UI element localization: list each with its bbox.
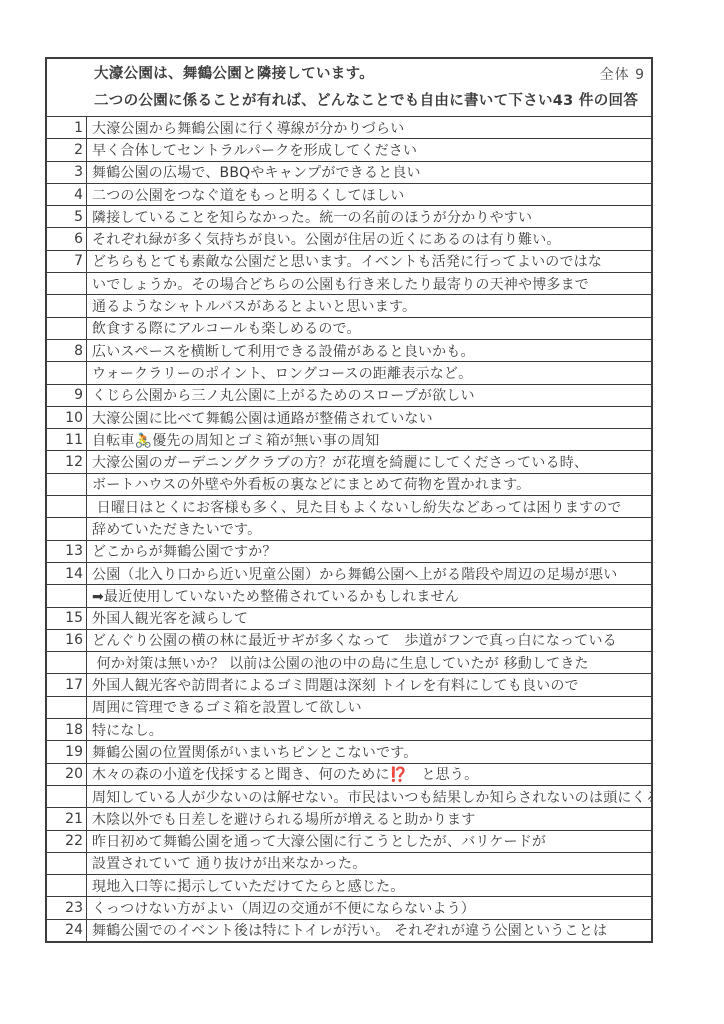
row-number: 8 (47, 340, 87, 361)
table-row: 18特になし。 (47, 718, 651, 740)
table-row: 17外国人観光客や訪問者によるゴミ問題は深刻 トイレを有料にしても良いので (47, 673, 651, 695)
response-text: 公園（北入り口から近い児童公園）から舞鶴公園へ上がる階段や周辺の足場が悪い (87, 564, 651, 584)
response-text: それぞれ緑が多く気持ちが良い。公園が住居の近くにあるのは有り難い。 (87, 229, 651, 249)
row-number: 12 (47, 451, 87, 472)
table-row: 1大濠公園から舞鶴公園に行く導線が分かりづらい (47, 116, 651, 138)
response-text: 昨日初めて舞鶴公園を通って大濠公園に行こうとしたが、バリケードが (87, 831, 651, 851)
table-row: 12大濠公園のガーデニングクラブの方？が花壇を綺麗にしてくださっている時、 (47, 450, 651, 472)
table-row: 19舞鶴公園の位置関係がいまいちピンとこないです。 (47, 740, 651, 762)
table-row: 辞めていただきたいです。 (47, 517, 651, 539)
table-row: 何か対策は無いか？ 以前は公園の池の中の島に生息していたが 移動してきた (47, 651, 651, 673)
response-text: 日曜日はとくにお客様も多く、見た目もよくないし紛失などあっては困りますので (87, 497, 651, 517)
row-number: 21 (47, 808, 87, 829)
table-row: 21木陰以外でも日差しを避けられる場所が増えると助かります (47, 807, 651, 829)
row-number (47, 585, 87, 606)
table-row: 周知している人が少ないのは解せない。市民はいつも結果しか知らされないのは頭にくる (47, 785, 651, 807)
row-number (47, 273, 87, 294)
response-text: 外国人観光客を減らして (87, 608, 651, 628)
table-row: 8広いスペースを横断して利用できる設備があると良いかも。 (47, 339, 651, 361)
row-number: 7 (47, 251, 87, 272)
table-header: 大濠公園は、舞鶴公園と隣接しています。 二つの公園に係ることが有れば、どんなこと… (47, 59, 651, 116)
row-number: 24 (47, 920, 87, 941)
row-number: 22 (47, 831, 87, 852)
table-row: 15外国人観光客を減らして (47, 607, 651, 629)
response-text: どちらもとても素敵な公園だと思います。イベントも活発に行ってよいのではな (87, 251, 651, 271)
row-number: 14 (47, 563, 87, 584)
row-number (47, 697, 87, 718)
response-text: くっつけない方がよい（周辺の交通が不便にならないよう） (87, 898, 651, 918)
table-row: 6それぞれ緑が多く気持ちが良い。公園が住居の近くにあるのは有り難い。 (47, 227, 651, 249)
response-text: どこからが舞鶴公園ですか？ (87, 541, 651, 561)
response-text: 設置されていて 通り抜けが出来なかった。 (87, 853, 651, 873)
row-number (47, 786, 87, 807)
table-row: 22昨日初めて舞鶴公園を通って大濠公園に行こうとしたが、バリケードが (47, 830, 651, 852)
row-number (47, 318, 87, 339)
response-text: 広いスペースを横断して利用できる設備があると良いかも。 (87, 341, 651, 361)
table-row: 14公園（北入り口から近い児童公園）から舞鶴公園へ上がる階段や周辺の足場が悪い (47, 562, 651, 584)
response-text: ウォークラリーのポイント、ロングコースの距離表示など。 (87, 363, 651, 383)
response-text: 周知している人が少ないのは解せない。市民はいつも結果しか知らされないのは頭にくる (87, 787, 651, 807)
row-number: 5 (47, 206, 87, 227)
response-text: ボートハウスの外壁や外看板の裏などにまとめて荷物を置かれます。 (87, 474, 651, 494)
response-text: 何か対策は無いか？ 以前は公園の池の中の島に生息していたが 移動してきた (87, 653, 651, 673)
table-row: ➡最近使用していないため整備されているかもしれません (47, 584, 651, 606)
table-row: ウォークラリーのポイント、ロングコースの距離表示など。 (47, 361, 651, 383)
response-text: 辞めていただきたいです。 (87, 519, 651, 539)
table-row: 13どこからが舞鶴公園ですか？ (47, 540, 651, 562)
document-page: 大濠公園は、舞鶴公園と隣接しています。 二つの公園に係ることが有れば、どんなこと… (0, 0, 724, 1024)
response-text: 特になし。 (87, 720, 651, 740)
response-text: 大濠公園から舞鶴公園に行く導線が分かりづらい (87, 118, 651, 138)
table-row: ボートハウスの外壁や外看板の裏などにまとめて荷物を置かれます。 (47, 473, 651, 495)
table-row: 4二つの公園をつなぐ道をもっと明るくしてほしい (47, 183, 651, 205)
row-number: 4 (47, 184, 87, 205)
row-number: 17 (47, 674, 87, 695)
row-number: 11 (47, 429, 87, 450)
table-row: 周囲に管理できるゴミ箱を設置して欲しい (47, 696, 651, 718)
response-text: 木々の森の小道を伐採すると聞き、何のために⁉️ と思う。 (87, 764, 651, 784)
response-text: 木陰以外でも日差しを避けられる場所が増えると助かります (87, 809, 651, 829)
row-number (47, 652, 87, 673)
response-text: 舞鶴公園の広場で、BBQやキャンプができると良い (87, 162, 651, 182)
row-number (47, 362, 87, 383)
table-row: 10大濠公園に比べて舞鶴公園は通路が整備されていない (47, 406, 651, 428)
response-text: 周囲に管理できるゴミ箱を設置して欲しい (87, 697, 651, 717)
table-row: 3舞鶴公園の広場で、BBQやキャンプができると良い (47, 161, 651, 183)
row-number: 15 (47, 608, 87, 629)
row-number: 1 (47, 117, 87, 138)
table-row: 11自転車🚴優先の周知とゴミ箱が無い事の周知 (47, 428, 651, 450)
row-number: 9 (47, 385, 87, 406)
response-text: くじら公園から三ノ丸公園に上がるためのスロープが欲しい (87, 385, 651, 405)
row-number (47, 496, 87, 517)
overall-count-badge: 全体 9 (600, 62, 645, 89)
row-number (47, 518, 87, 539)
response-text: 隣接していることを知らなかった。統一の名前のほうが分かりやすい (87, 207, 651, 227)
row-number: 2 (47, 139, 87, 160)
response-text: 外国人観光客や訪問者によるゴミ問題は深刻 トイレを有料にしても良いので (87, 675, 651, 695)
row-number: 6 (47, 228, 87, 249)
response-table-body: 1大濠公園から舞鶴公園に行く導線が分かりづらい2早く合体してセントラルパークを形… (47, 116, 651, 941)
table-row: 通るようなシャトルバスがあるとよいと思います。 (47, 294, 651, 316)
table-row: 設置されていて 通り抜けが出来なかった。 (47, 852, 651, 874)
response-text: 舞鶴公園の位置関係がいまいちピンとこないです。 (87, 742, 651, 762)
table-row: 23くっつけない方がよい（周辺の交通が不便にならないよう） (47, 896, 651, 918)
row-number (47, 295, 87, 316)
response-text: 通るようなシャトルバスがあるとよいと思います。 (87, 296, 651, 316)
row-number: 23 (47, 897, 87, 918)
survey-response-table: 大濠公園は、舞鶴公園と隣接しています。 二つの公園に係ることが有れば、どんなこと… (45, 57, 653, 943)
row-number (47, 875, 87, 896)
response-text: 二つの公園をつなぐ道をもっと明るくしてほしい (87, 185, 651, 205)
table-row: 9くじら公園から三ノ丸公園に上がるためのスロープが欲しい (47, 384, 651, 406)
row-number: 3 (47, 162, 87, 183)
table-row: 現地入口等に掲示していただけてたらと感じた。 (47, 874, 651, 896)
table-row: 16どんぐり公園の横の林に最近サギが多くなって 歩道がフンで真っ白になっている (47, 629, 651, 651)
table-row: 飲食する際にアルコールも楽しめるので。 (47, 317, 651, 339)
response-text: 現地入口等に掲示していただけてたらと感じた。 (87, 876, 651, 896)
table-row: 20木々の森の小道を伐採すると聞き、何のために⁉️ と思う。 (47, 763, 651, 785)
response-text: ➡最近使用していないため整備されているかもしれません (87, 586, 651, 606)
response-text: いでしょうか。その場合どちらの公園も行き来したり最寄りの天神や博多まで (87, 274, 651, 294)
response-text: 大濠公園のガーデニングクラブの方？が花壇を綺麗にしてくださっている時、 (87, 452, 651, 472)
response-text: 大濠公園に比べて舞鶴公園は通路が整備されていない (87, 408, 651, 428)
table-row: 5隣接していることを知らなかった。統一の名前のほうが分かりやすい (47, 205, 651, 227)
header-question-line1: 大濠公園は、舞鶴公園と隣接しています。 (94, 61, 645, 88)
row-number (47, 853, 87, 874)
table-row: 7どちらもとても素敵な公園だと思います。イベントも活発に行ってよいのではな (47, 250, 651, 272)
response-text: 舞鶴公園でのイベント後は特にトイレが汚い。 それぞれが違う公園ということは (87, 920, 651, 940)
table-row: 2早く合体してセントラルパークを形成してください (47, 138, 651, 160)
row-number: 10 (47, 407, 87, 428)
row-number: 19 (47, 741, 87, 762)
table-row: いでしょうか。その場合どちらの公園も行き来したり最寄りの天神や博多まで (47, 272, 651, 294)
row-number (47, 474, 87, 495)
row-number: 20 (47, 764, 87, 785)
response-text: 飲食する際にアルコールも楽しめるので。 (87, 318, 651, 338)
row-number: 16 (47, 630, 87, 651)
header-question-line2: 二つの公園に係ることが有れば、どんなことでも自由に書いて下さい43 件の回答 (94, 88, 645, 115)
response-text: どんぐり公園の横の林に最近サギが多くなって 歩道がフンで真っ白になっている (87, 630, 651, 650)
row-number: 18 (47, 719, 87, 740)
table-row: 日曜日はとくにお客様も多く、見た目もよくないし紛失などあっては困りますので (47, 495, 651, 517)
response-text: 自転車🚴優先の周知とゴミ箱が無い事の周知 (87, 430, 651, 450)
response-text: 早く合体してセントラルパークを形成してください (87, 140, 651, 160)
table-row: 24舞鶴公園でのイベント後は特にトイレが汚い。 それぞれが違う公園ということは (47, 919, 651, 941)
row-number: 13 (47, 541, 87, 562)
